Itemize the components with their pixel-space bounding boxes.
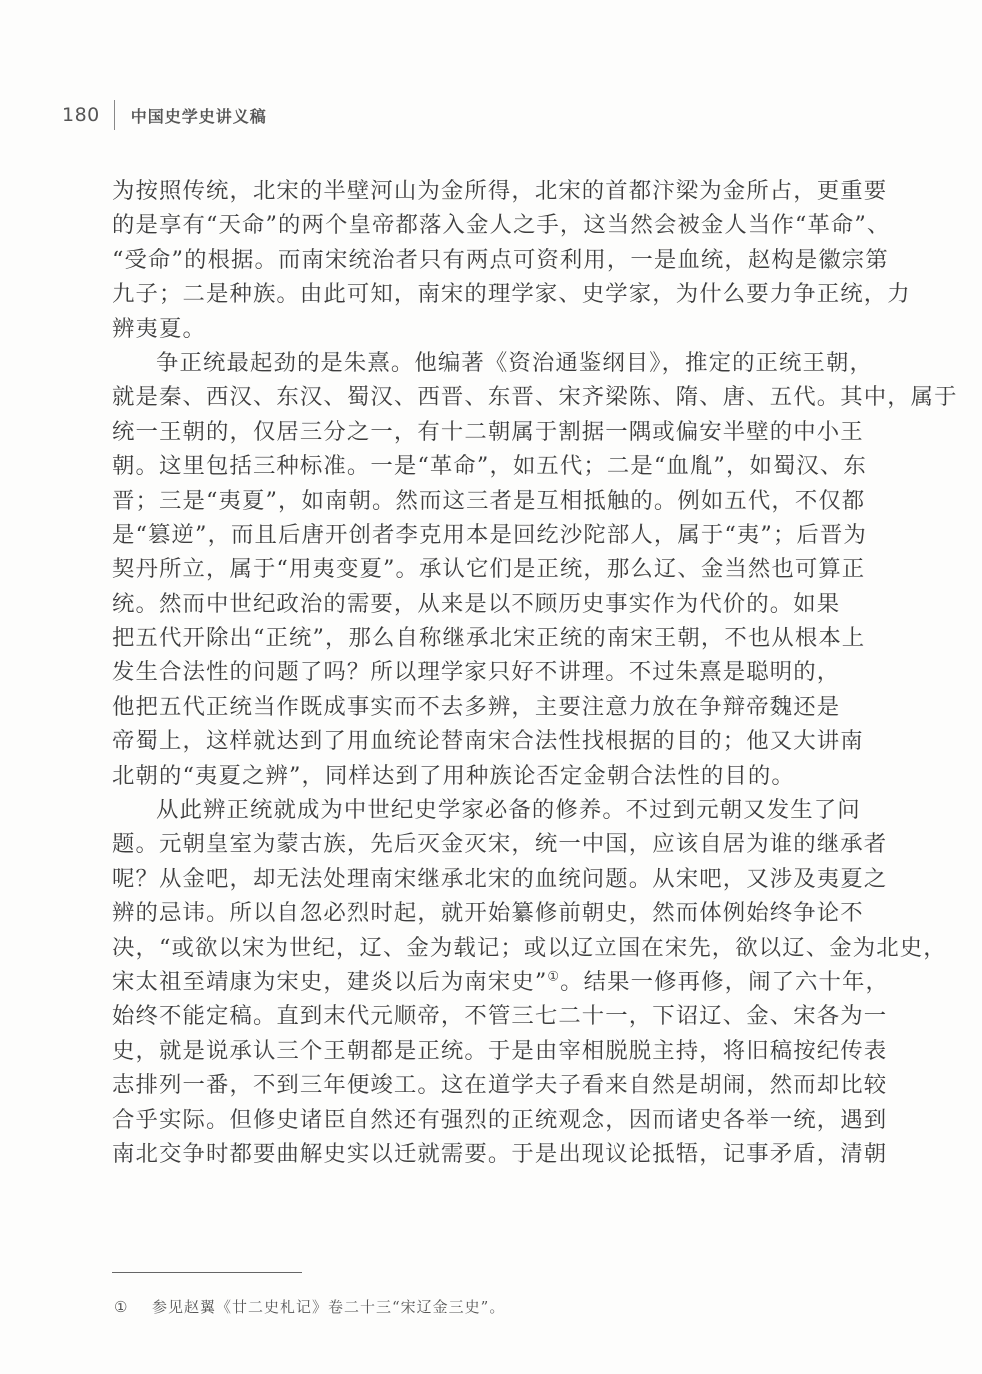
text-line: 题。元朝皇室为蒙古族，先后灭金灭宋，统一中国，应该自居为谁的继承者 xyxy=(112,827,876,861)
running-header: 180 中国史学史讲义稿 xyxy=(62,100,267,130)
text-segment: 宋太祖至靖康为宋史，建炎以后为南宋史” xyxy=(112,969,547,995)
text-line: 辨夷夏。 xyxy=(112,312,876,346)
text-line: 为按照传统，北宋的半壁河山为金所得，北宋的首都汴梁为金所占，更重要 xyxy=(112,174,876,208)
page-number: 180 xyxy=(62,104,100,126)
footnote: ① 参见赵翼《廿二史札记》卷二十三“宋辽金三史”。 xyxy=(114,1296,505,1317)
text-line: 北朝的“夷夏之辨”，同样达到了用种族论否定金朝合法性的目的。 xyxy=(112,759,876,793)
footnote-reference[interactable]: ① xyxy=(547,970,560,985)
text-line: 志排列一番，不到三年便竣工。这在道学夫子看来自然是胡闹，然而却比较 xyxy=(112,1068,876,1102)
text-line: 把五代开除出“正统”，那么自称继承北宋正统的南宋王朝，不也从根本上 xyxy=(112,621,876,655)
paragraph-start: 从此辨正统就成为中世纪史学家必备的修养。不过到元朝又发生了问 xyxy=(112,793,876,827)
text-line: 合乎实际。但修史诸臣自然还有强烈的正统观念，因而诸史各举一统，遇到 xyxy=(112,1103,876,1137)
text-line: 发生合法性的问题了吗？所以理学家只好不讲理。不过朱熹是聪明的， xyxy=(112,655,876,689)
footnote-marker: ① xyxy=(114,1298,152,1316)
text-segment: 。结果一修再修，闹了六十年， xyxy=(560,969,889,995)
text-line: 就是秦、西汉、东汉、蜀汉、西晋、东晋、宋齐梁陈、隋、唐、五代。其中，属于 xyxy=(112,380,876,414)
text-line: 决，“或欲以宋为世纪，辽、金为载记；或以辽立国在宋先，欲以辽、金为北史， xyxy=(112,931,876,965)
paragraph-start: 争正统最起劲的是朱熹。他编著《资治通鉴纲目》，推定的正统王朝， xyxy=(112,346,876,380)
text-line-with-footnote-ref: 宋太祖至靖康为宋史，建炎以后为南宋史”①。结果一修再修，闹了六十年， xyxy=(112,965,876,999)
text-line: 统。然而中世纪政治的需要，从来是以不顾历史事实作为代价的。如果 xyxy=(112,587,876,621)
footnote-separator xyxy=(112,1272,302,1273)
footnote-text: 参见赵翼《廿二史札记》卷二十三“宋辽金三史”。 xyxy=(152,1296,505,1317)
text-line: 始终不能定稿。直到末代元顺帝，不管三七二十一，下诏辽、金、宋各为一 xyxy=(112,999,876,1033)
body-text: 为按照传统，北宋的半壁河山为金所得，北宋的首都汴梁为金所占，更重要 的是享有“天… xyxy=(112,174,876,1171)
text-line: 晋；三是“夷夏”，如南朝。然而这三者是互相抵触的。例如五代，不仅都 xyxy=(112,484,876,518)
book-title: 中国史学史讲义稿 xyxy=(131,104,267,127)
text-line: 南北交争时都要曲解史实以迁就需要。于是出现议论抵牾，记事矛盾，清朝 xyxy=(112,1137,876,1171)
text-line: 契丹所立，属于“用夷变夏”。承认它们是正统，那么辽、金当然也可算正 xyxy=(112,552,876,586)
header-divider xyxy=(114,100,115,130)
text-line: 他把五代正统当作既成事实而不去多辨，主要注意力放在争辩帝魏还是 xyxy=(112,690,876,724)
text-line: 帝蜀上，这样就达到了用血统论替南宋合法性找根据的目的；他又大讲南 xyxy=(112,724,876,758)
text-line: 的是享有“天命”的两个皇帝都落入金人之手，这当然会被金人当作“革命”、 xyxy=(112,208,876,242)
text-line: 呢？从金吧，却无法处理南宋继承北宋的血统问题。从宋吧，又涉及夷夏之 xyxy=(112,862,876,896)
text-line: 朝。这里包括三种标准。一是“革命”，如五代；二是“血胤”，如蜀汉、东 xyxy=(112,449,876,483)
text-line: “受命”的根据。而南宋统治者只有两点可资利用，一是血统，赵构是徽宗第 xyxy=(112,243,876,277)
text-line: 辨的忌讳。所以自忽必烈时起，就开始纂修前朝史，然而体例始终争论不 xyxy=(112,896,876,930)
text-line: 史，就是说承认三个王朝都是正统。于是由宰相脱脱主持，将旧稿按纪传表 xyxy=(112,1034,876,1068)
book-page: 180 中国史学史讲义稿 为按照传统，北宋的半壁河山为金所得，北宋的首都汴梁为金… xyxy=(0,0,982,1374)
text-line: 九子；二是种族。由此可知，南宋的理学家、史学家，为什么要力争正统，力 xyxy=(112,277,876,311)
text-line: 统一王朝的，仅居三分之一，有十二朝属于割据一隅或偏安半壁的中小王 xyxy=(112,415,876,449)
text-line: 是“篡逆”，而且后唐开创者李克用本是回纥沙陀部人，属于“夷”；后晋为 xyxy=(112,518,876,552)
